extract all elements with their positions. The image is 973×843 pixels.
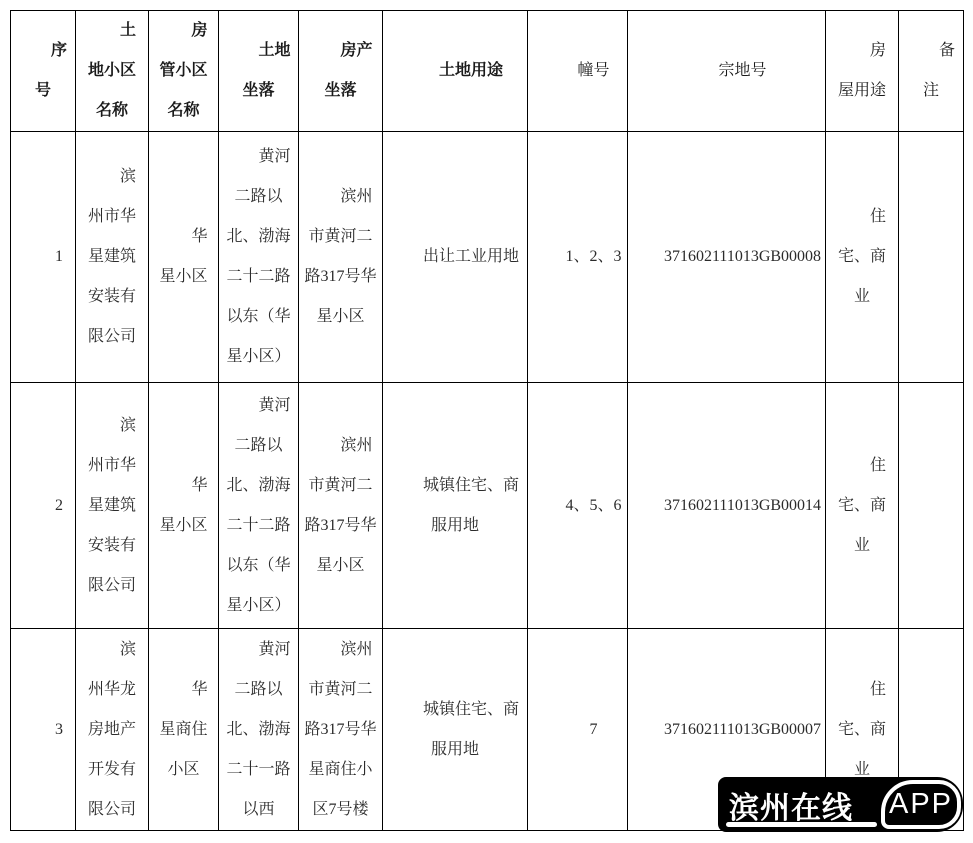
watermark-underline (726, 822, 877, 827)
header-land-community-name: 土 地小区 名称 (76, 11, 149, 132)
cell-building-number: 4、5、6 (528, 383, 628, 629)
cell-building-number: 1、2、3 (528, 132, 628, 383)
watermark-brand-text: 滨州在线 (729, 783, 853, 827)
land-registry-table: 序 号 土 地小区 名称 房 管小区 名称 土地 坐落 房产 坐落 土地用途 幢… (10, 10, 964, 831)
cell-housing-community-name: 华 星小区 (149, 383, 219, 629)
watermark-app-label: APP (889, 788, 953, 821)
cell-parcel-number: 371602111013GB00014 (628, 383, 826, 629)
cell-housing-community-name: 华 星商住 小区 (149, 629, 219, 831)
table-row: 2 滨 州市华 星建筑 安装有 限公司 华 星小区 黄河 二路以 北、渤海 二十… (11, 383, 964, 629)
cell-property-location: 滨州 市黄河二 路317号华 星商住小 区7号楼 (299, 629, 383, 831)
cell-property-location: 滨州 市黄河二 路317号华 星小区 (299, 132, 383, 383)
table-header-row: 序 号 土 地小区 名称 房 管小区 名称 土地 坐落 房产 坐落 土地用途 幢… (11, 11, 964, 132)
cell-house-use: 住 宅、商 业 (826, 383, 899, 629)
cell-housing-community-name: 华 星小区 (149, 132, 219, 383)
header-house-use: 房 屋用途 (826, 11, 899, 132)
cell-serial-number: 1 (11, 132, 76, 383)
cell-house-use: 住 宅、商 业 (826, 132, 899, 383)
cell-serial-number: 2 (11, 383, 76, 629)
cell-parcel-number: 371602111013GB00008 (628, 132, 826, 383)
header-building-number: 幢号 (528, 11, 628, 132)
cell-building-number: 7 (528, 629, 628, 831)
cell-land-use: 城镇住宅、商 服用地 (383, 383, 528, 629)
document-page: 序 号 土 地小区 名称 房 管小区 名称 土地 坐落 房产 坐落 土地用途 幢… (0, 0, 973, 843)
watermark-app-bubble: APP (881, 780, 961, 829)
cell-land-location: 黄河 二路以 北、渤海 二十二路 以东（华 星小区） (219, 383, 299, 629)
cell-serial-number: 3 (11, 629, 76, 831)
cell-land-location: 黄河 二路以 北、渤海 二十一路 以西 (219, 629, 299, 831)
watermark-badge: 滨州在线 APP (718, 777, 963, 832)
header-remarks: 备 注 (899, 11, 964, 132)
cell-remarks (899, 132, 964, 383)
cell-land-use: 城镇住宅、商 服用地 (383, 629, 528, 831)
header-land-use: 土地用途 (383, 11, 528, 132)
cell-land-use: 出让工业用地 (383, 132, 528, 383)
table-row: 1 滨 州市华 星建筑 安装有 限公司 华 星小区 黄河 二路以 北、渤海 二十… (11, 132, 964, 383)
cell-land-community-name: 滨 州市华 星建筑 安装有 限公司 (76, 383, 149, 629)
cell-remarks (899, 383, 964, 629)
header-serial-number: 序 号 (11, 11, 76, 132)
cell-land-location: 黄河 二路以 北、渤海 二十二路 以东（华 星小区） (219, 132, 299, 383)
header-parcel-number: 宗地号 (628, 11, 826, 132)
cell-property-location: 滨州 市黄河二 路317号华 星小区 (299, 383, 383, 629)
header-property-location: 房产 坐落 (299, 11, 383, 132)
cell-land-community-name: 滨 州市华 星建筑 安装有 限公司 (76, 132, 149, 383)
cell-land-community-name: 滨 州华龙 房地产 开发有 限公司 (76, 629, 149, 831)
header-land-location: 土地 坐落 (219, 11, 299, 132)
header-housing-community-name: 房 管小区 名称 (149, 11, 219, 132)
